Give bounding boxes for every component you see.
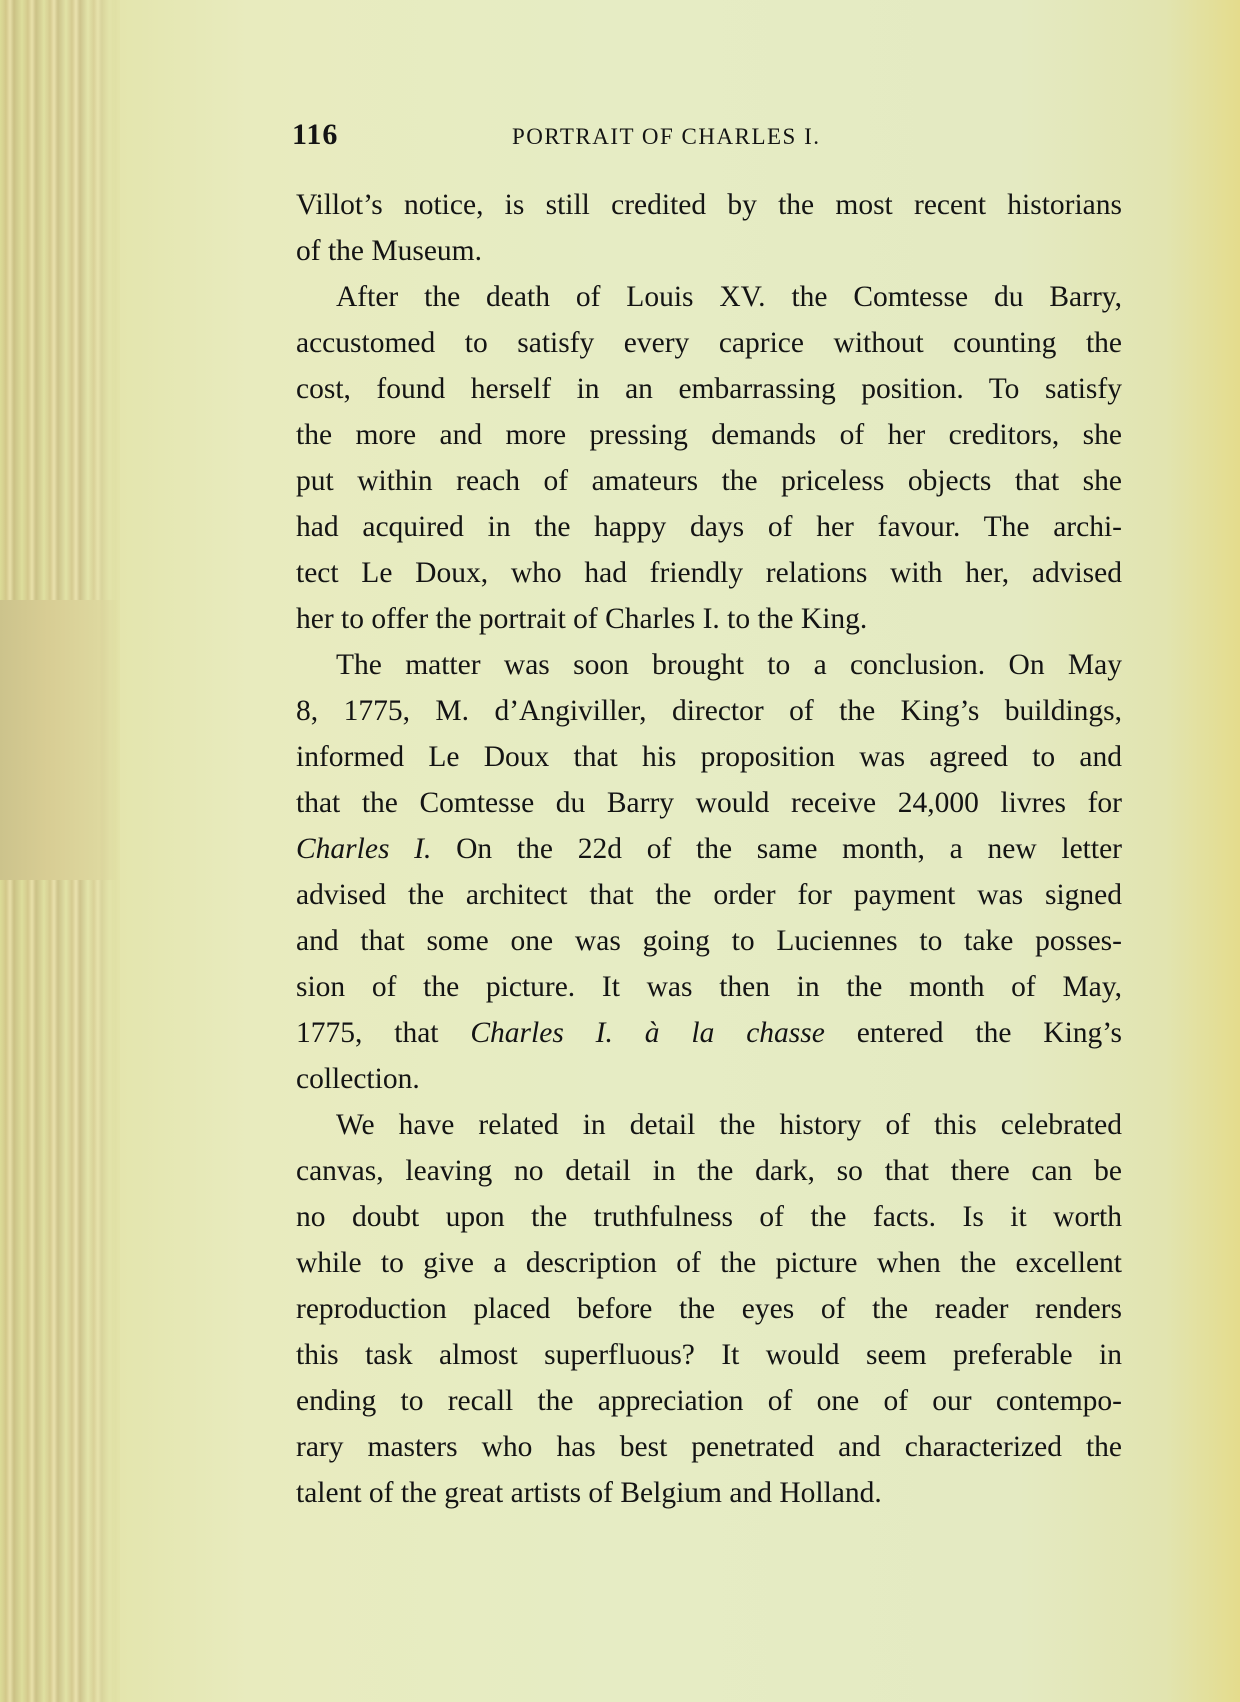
text-line: sion of the picture. It was then in the … [296,964,1122,1010]
text-line: 8, 1775, M. d’Angiviller, director of th… [296,688,1122,734]
paragraph-3: The matter was soon brought to a conclus… [296,642,1122,1102]
text-line: put within reach of amateurs the pricele… [296,458,1122,504]
text-line: After the death of Louis XV. the Comtess… [296,274,1122,320]
text-line: tect Le Doux, who had friendly relations… [296,550,1122,596]
text-line: this task almost superfluous? It would s… [296,1332,1122,1378]
text-line: collection. [296,1056,1122,1102]
paragraph-2: After the death of Louis XV. the Comtess… [296,274,1122,642]
text-line: accustomed to satisfy every caprice with… [296,320,1122,366]
text-line: while to give a description of the pictu… [296,1240,1122,1286]
text-line: We have related in detail the history of… [296,1102,1122,1148]
paragraph-1: Villot’s notice, is still credited by th… [296,182,1122,274]
italic-title: Charles I. [296,833,431,865]
text-fragment: 1775, that [296,1017,470,1049]
text-line: canvas, leaving no detail in the dark, s… [296,1148,1122,1194]
paragraph-4: We have related in detail the history of… [296,1102,1122,1516]
text-line: ending to recall the appreciation of one… [296,1378,1122,1424]
text-line: talent of the great artists of Belgium a… [296,1470,1122,1516]
body-text: Villot’s notice, is still credited by th… [296,182,1122,1516]
text-line: cost, found herself in an embarrassing p… [296,366,1122,412]
text-line: had acquired in the happy days of her fa… [296,504,1122,550]
text-line: informed Le Doux that his proposition wa… [296,734,1122,780]
text-line: Villot’s notice, is still credited by th… [296,182,1122,228]
italic-title: Charles I. à la chasse [470,1017,824,1049]
text-line: The matter was soon brought to a conclus… [296,642,1122,688]
text-line: advised the architect that the order for… [296,872,1122,918]
text-fragment: entered the King’s [825,1017,1122,1049]
page-edge-shadow [0,600,120,880]
text-line: and that some one was going to Luciennes… [296,918,1122,964]
page-number: 116 [292,118,338,152]
running-head: PORTRAIT OF CHARLES I. [512,124,821,150]
text-line: Charles I. On the 22d of the same month,… [296,826,1122,872]
text-line: 1775, that Charles I. à la chasse entere… [296,1010,1122,1056]
text-line: that the Comtesse du Barry would receive… [296,780,1122,826]
text-line: no doubt upon the truthfulness of the fa… [296,1194,1122,1240]
text-line: of the Museum. [296,228,1122,274]
page-header: 116 PORTRAIT OF CHARLES I. [292,118,1122,158]
text-line: her to offer the portrait of Charles I. … [296,596,1122,642]
text-line: rary masters who has best penetrated and… [296,1424,1122,1470]
text-line: the more and more pressing demands of he… [296,412,1122,458]
text-fragment: On the 22d of the same month, a new lett… [431,833,1122,865]
text-line: reproduction placed before the eyes of t… [296,1286,1122,1332]
